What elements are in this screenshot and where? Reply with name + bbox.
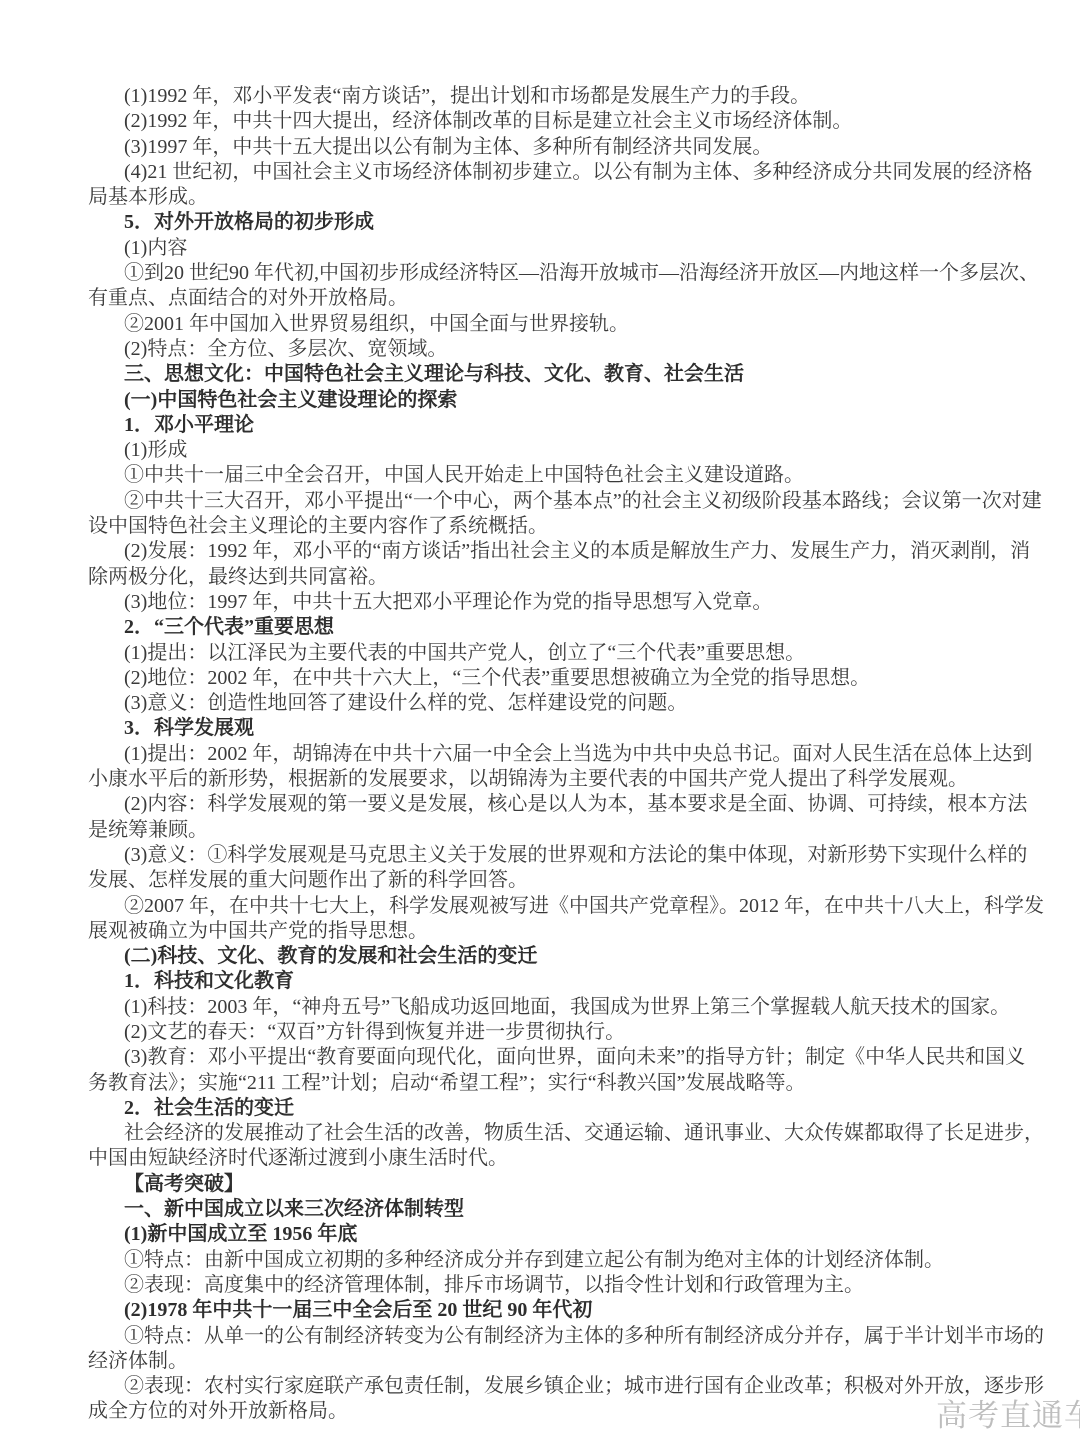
text-line: 小康水平后的新形势，根据新的发展要求，以胡锦涛为主要代表的中国共产党人提出了科学…: [0, 767, 1080, 792]
text-line: (3)教育：邓小平提出“教育要面向现代化，面向世界，面向未来”的指导方针；制定《…: [0, 1045, 1080, 1070]
text-line: 2．“三个代表”重要思想: [0, 615, 1080, 640]
text-line: ②表现：高度集中的经济管理体制，排斥市场调节，以指令性计划和行政管理为主。: [0, 1273, 1080, 1298]
text-line: (1)形成: [0, 438, 1080, 463]
text-line: ②2001 年中国加入世界贸易组织，中国全面与世界接轨。: [0, 312, 1080, 337]
text-line: 社会经济的发展推动了社会生活的改善，物质生活、交通运输、通讯事业、大众传媒都取得…: [0, 1121, 1080, 1146]
text-line: (3)意义：①科学发展观是马克思主义关于发展的世界观和方法论的集中体现，对新形势…: [0, 843, 1080, 868]
text-line: 5．对外开放格局的初步形成: [0, 210, 1080, 235]
text-line: (1)提出：2002 年，胡锦涛在中共十六届一中全会上当选为中共中央总书记。面对…: [0, 742, 1080, 767]
text-line: (3)地位：1997 年，中共十五大把邓小平理论作为党的指导思想写入党章。: [0, 590, 1080, 615]
text-line: ①特点：从单一的公有制经济转变为公有制经济为主体的多种所有制经济成分并存，属于半…: [0, 1324, 1080, 1349]
text-line: ①到20 世纪90 年代初,中国初步形成经济特区—沿海开放城市—沿海经济开放区—…: [0, 261, 1080, 286]
text-line: (3)1997 年，中共十五大提出以公有制为主体、多种所有制经济共同发展。: [0, 135, 1080, 160]
text-line: (1)新中国成立至 1956 年底: [0, 1222, 1080, 1247]
text-line: (2)文艺的春天：“双百”方针得到恢复并进一步贯彻执行。: [0, 1020, 1080, 1045]
text-line: ②表现：农村实行家庭联产承包责任制，发展乡镇企业；城市进行国有企业改革；积极对外…: [0, 1374, 1080, 1399]
text-line: (2)地位：2002 年，在中共十六大上，“三个代表”重要思想被确立为全党的指导…: [0, 666, 1080, 691]
text-line: 一、新中国成立以来三次经济体制转型: [0, 1197, 1080, 1222]
text-line: (2)内容：科学发展观的第一要义是发展，核心是以人为本，基本要求是全面、协调、可…: [0, 792, 1080, 817]
text-line: (一)中国特色社会主义建设理论的探索: [0, 388, 1080, 413]
text-line: (2)发展：1992 年，邓小平的“南方谈话”指出社会主义的本质是解放生产力、发…: [0, 539, 1080, 564]
text-line: 务教育法》；实施“211 工程”计划；启动“希望工程”；实行“科教兴国”发展战略…: [0, 1071, 1080, 1096]
text-line: 局基本形成。: [0, 185, 1080, 210]
text-line: (4)21 世纪初，中国社会主义市场经济体制初步建立。以公有制为主体、多种经济成…: [0, 160, 1080, 185]
text-line: 经济体制。: [0, 1349, 1080, 1374]
text-line: 成全方位的对外开放新格局。: [0, 1399, 1080, 1424]
text-line: (1)科技：2003 年，“神舟五号”飞船成功返回地面，我国成为世界上第三个掌握…: [0, 995, 1080, 1020]
text-line: (2)特点：全方位、多层次、宽领域。: [0, 337, 1080, 362]
text-line: 发展、怎样发展的重大问题作出了新的科学回答。: [0, 868, 1080, 893]
text-line: 1．科技和文化教育: [0, 969, 1080, 994]
text-line: 1．邓小平理论: [0, 413, 1080, 438]
text-line: 是统筹兼顾。: [0, 818, 1080, 843]
text-line: (2)1978 年中共十一届三中全会后至 20 世纪 90 年代初: [0, 1298, 1080, 1323]
text-line: ②2007 年，在中共十七大上，科学发展观被写进《中国共产党章程》。2012 年…: [0, 894, 1080, 919]
document-text-block: (1)1992 年，邓小平发表“南方谈话”，提出计划和市场都是发展生产力的手段。…: [0, 84, 1080, 1425]
text-line: (二)科技、文化、教育的发展和社会生活的变迁: [0, 944, 1080, 969]
text-line: 三、思想文化：中国特色社会主义理论与科技、文化、教育、社会生活: [0, 362, 1080, 387]
watermark-text: 高考直通车: [936, 1390, 1080, 1435]
text-line: (2)1992 年，中共十四大提出，经济体制改革的目标是建立社会主义市场经济体制…: [0, 109, 1080, 134]
text-line: 设中国特色社会主义理论的主要内容作了系统概括。: [0, 514, 1080, 539]
text-line: ①中共十一届三中全会召开，中国人民开始走上中国特色社会主义建设道路。: [0, 463, 1080, 488]
text-line: ②中共十三大召开，邓小平提出“一个中心，两个基本点”的社会主义初级阶段基本路线；…: [0, 489, 1080, 514]
text-line: (1)提出：以江泽民为主要代表的中国共产党人，创立了“三个代表”重要思想。: [0, 641, 1080, 666]
text-line: 除两极分化，最终达到共同富裕。: [0, 565, 1080, 590]
text-line: (1)1992 年，邓小平发表“南方谈话”，提出计划和市场都是发展生产力的手段。: [0, 84, 1080, 109]
document-page: (1)1992 年，邓小平发表“南方谈话”，提出计划和市场都是发展生产力的手段。…: [0, 0, 1080, 1446]
text-line: 展观被确立为中国共产党的指导思想。: [0, 919, 1080, 944]
text-line: ①特点：由新中国成立初期的多种经济成分并存到建立起公有制为绝对主体的计划经济体制…: [0, 1248, 1080, 1273]
text-line: (3)意义：创造性地回答了建设什么样的党、怎样建设党的问题。: [0, 691, 1080, 716]
text-line: 有重点、点面结合的对外开放格局。: [0, 286, 1080, 311]
text-line: 中国由短缺经济时代逐渐过渡到小康生活时代。: [0, 1146, 1080, 1171]
text-line: (1)内容: [0, 236, 1080, 261]
text-line: 3．科学发展观: [0, 716, 1080, 741]
text-line: 2．社会生活的变迁: [0, 1096, 1080, 1121]
text-line: 【高考突破】: [0, 1172, 1080, 1197]
